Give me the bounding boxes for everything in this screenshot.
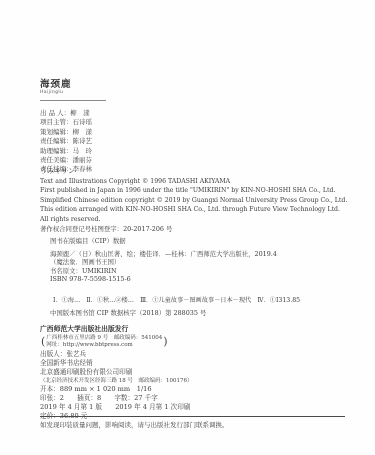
copyright-line-5: All rights reserved. (40, 215, 347, 225)
footer-divider-rule (40, 416, 345, 417)
cip-classification: Ⅰ．①海… Ⅱ．①秋…②楼… Ⅲ．①儿童故事－图画故事－日本－现代 Ⅳ．①I31… (53, 295, 300, 304)
edition-line: 2019 年 4 月第 1 版 2019 年 4 月第 1 次印刷 (40, 403, 193, 412)
cip-line-original-title: 书名原文：UMIKIRIN (50, 267, 277, 275)
publisher-person: 出版人：张艺兵 (40, 350, 193, 359)
publisher-line: 广西师范大学出版社出版发行 (40, 325, 193, 334)
book-title: 海颈鹿 (40, 79, 106, 90)
paren-right: ) (162, 335, 168, 349)
sheets-line: 印张：2 插页：8 字数：27 千字 (40, 394, 193, 403)
copyright-line-1: Text and Illustrations Copyright © 1996 … (40, 177, 347, 187)
cip-line-isbn: ISBN 978-7-5598-1515-6 (50, 275, 277, 283)
copyright-block: うみキリン Text and Illustrations Copyright ©… (40, 167, 347, 234)
cip-block: 图书在版编目（CIP）数据 海颈鹿／（日）秋山匡著、绘；楼佳译．—桂林：广西师范… (50, 237, 277, 283)
credit-line-producer: 出 品 人：柳 漾 (40, 109, 92, 118)
copyright-registration: 著作权合同登记号桂图登字：20-2017-206 号 (40, 225, 347, 235)
cip-line-series: （魔法象．图画书王国） (50, 258, 277, 266)
copyright-page: 海颈鹿 Haijinglu 出 品 人：柳 漾 项目主管：石诗瑶 策划编辑：柳 … (0, 0, 375, 455)
copyright-line-3: Simplified Chinese edition copyright © 2… (40, 196, 347, 206)
credits-block: 出 品 人：柳 漾 项目主管：石诗瑶 策划编辑：柳 漾 责任编辑：陈诗艺 助理编… (40, 109, 92, 175)
credit-line-assistant-editor: 助理编辑：马 玲 (40, 147, 92, 156)
copyright-line-2: First published in Japan in 1996 under t… (40, 186, 347, 196)
title-rule (40, 100, 106, 101)
printer-line: 北京盛通印刷股份有限公司印刷 (40, 368, 193, 377)
cip-header: 图书在版编目（CIP）数据 (50, 237, 277, 245)
title-block: 海颈鹿 Haijinglu (40, 79, 106, 101)
copyright-line-4: This edition arranged with KIN-NO-HOSHI … (40, 205, 347, 215)
quality-notice: 如发现印装质量问题，影响阅读，请与出版社发行部门联系调换。 (40, 421, 229, 430)
publishing-block: 广西师范大学出版社出版发行 ( 广西桂林市五里店路 9 号 邮政编码：54100… (40, 325, 193, 421)
publisher-address-lines: 广西桂林市五里店路 9 号 邮政编码：541004 网址：http://www.… (46, 335, 162, 349)
format-line: 开本：889 mm × 1 020 mm 1/16 (40, 385, 193, 394)
printer-address: （北京经济技术开发区经海三路 18 号 邮政编码：100176） (40, 377, 193, 385)
book-title-pinyin: Haijinglu (40, 90, 106, 96)
distribution-line: 全国新华书店经销 (40, 359, 193, 368)
publisher-address: ( 广西桂林市五里店路 9 号 邮政编码：541004 网址：http://ww… (40, 335, 193, 349)
cip-record: 中国版本图书馆 CIP 数据核字（2018）第 288035 号 (50, 308, 206, 317)
credit-line-planning-editor: 策划编辑：柳 漾 (40, 128, 92, 137)
credit-line-project-lead: 项目主管：石诗瑶 (40, 118, 92, 127)
original-japanese-title: うみキリン (40, 167, 347, 177)
address-line-2: 网址：http://www.bbtpress.com (46, 342, 162, 349)
credit-line-managing-editor: 责任编辑：陈诗艺 (40, 137, 92, 146)
